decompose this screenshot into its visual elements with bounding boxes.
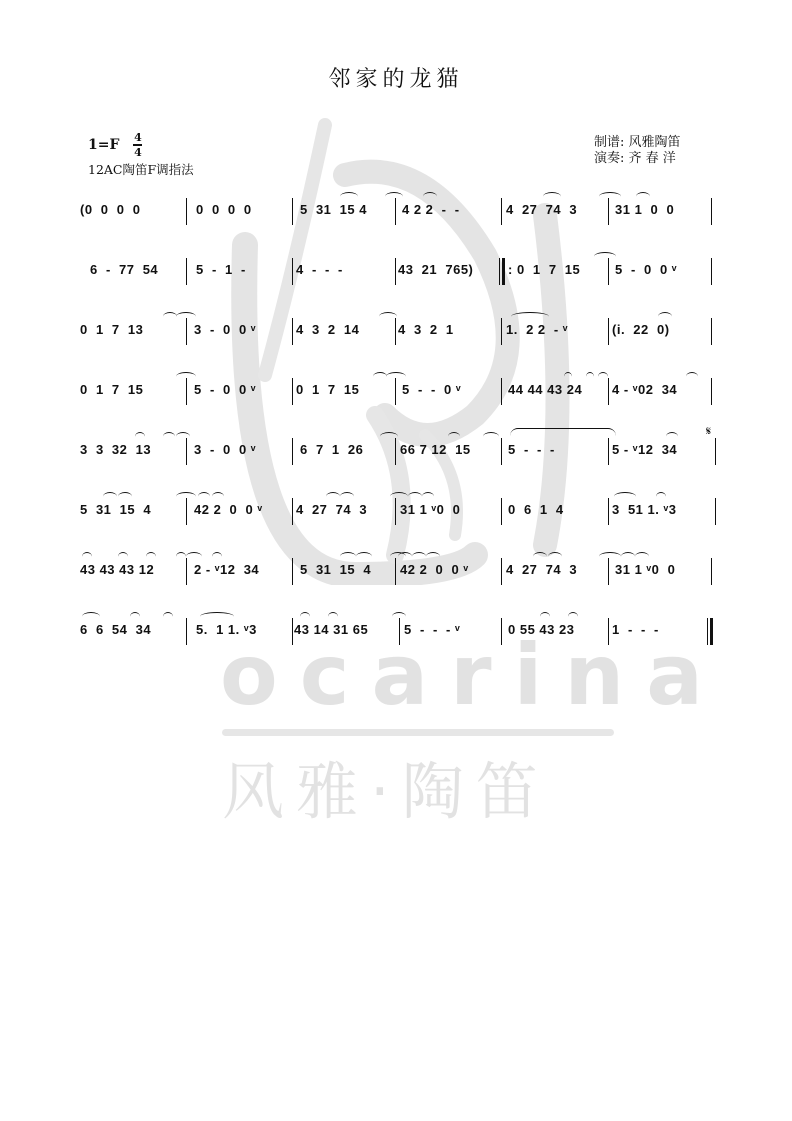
- measure: 5 - 0 0 ᵛ: [194, 382, 256, 397]
- measure: 4 - ᵛ02 34: [612, 382, 677, 397]
- measure: 4 - - -: [296, 262, 343, 277]
- score-line-7: 43 43 43 12 2 - ᵛ12 34 5 31 15 4 42 2 0 …: [78, 554, 728, 594]
- measure: 4 27 74 3: [506, 562, 577, 577]
- measure: 3 - 0 0 ᵛ: [194, 442, 256, 457]
- measure: 1 - - -: [612, 622, 659, 637]
- measure: 4 3 2 1: [398, 322, 454, 337]
- measure: 1. 2 2 - ᵛ: [506, 322, 568, 337]
- measure: 66 7 12 15: [400, 442, 471, 457]
- measure: 6 6 54 34: [80, 622, 151, 637]
- score-line-4: 0 1 7 15 5 - 0 0 ᵛ 0 1 7 15 5 - - 0 ᵛ 44…: [78, 374, 728, 414]
- measure: 5 - ᵛ12 34: [612, 442, 677, 457]
- measure: 0 0 0 0: [196, 202, 252, 217]
- measure: (i. 22 0): [612, 322, 670, 337]
- measure: (0 0 0 0: [80, 202, 140, 217]
- measure: 6 7 1 26: [300, 442, 363, 457]
- watermark-divider: [222, 729, 614, 736]
- measure: 4 27 74 3: [296, 502, 367, 517]
- watermark-chinese: 风雅·陶笛: [222, 752, 622, 832]
- measure: 5. 1 1. ᵛ3: [196, 622, 257, 637]
- performer: 齐 春 洋: [629, 151, 676, 166]
- measure: 3 51 1. ᵛ3: [612, 502, 676, 517]
- measure: 31 1 0 0: [615, 202, 674, 217]
- measure: 42 2 0 0 ᵛ: [194, 502, 263, 517]
- measure: : 0 1 7 15: [508, 262, 580, 277]
- measure: 5 31 15 4: [300, 562, 371, 577]
- measure: 4 2 2 - -: [402, 202, 460, 217]
- score-line-1: (0 0 0 0 0 0 0 0 5 31 15 4 4 2 2 - - 4 2…: [78, 194, 728, 234]
- measure: 5 - - - ᵛ: [404, 622, 460, 637]
- measure: 0 1 7 15: [296, 382, 359, 397]
- measure: 43 14 31 65: [294, 622, 368, 637]
- time-signature: 4 4: [133, 132, 142, 158]
- measure: 0 1 7 13: [80, 322, 143, 337]
- measure: 3 3 32 13: [80, 442, 151, 457]
- credits: 制谱: 风雅陶笛 演奏: 齐 春 洋: [594, 135, 681, 167]
- song-title: 邻家的龙猫: [0, 62, 792, 93]
- measure: 31 1 ᵛ0 0: [400, 502, 460, 517]
- measure: 42 2 0 0 ᵛ: [400, 562, 469, 577]
- score-line-3: 0 1 7 13 3 - 0 0 ᵛ 4 3 2 14 4 3 2 1 1. 2…: [78, 314, 728, 354]
- score-line-6: 5 31 15 4 42 2 0 0 ᵛ 4 27 74 3 31 1 ᵛ0 0…: [78, 494, 728, 534]
- score-line-5: 3 3 32 13 3 - 0 0 ᵛ 6 7 1 26 66 7 12 15 …: [78, 434, 728, 474]
- measure: 44 44 43 24: [508, 382, 582, 397]
- segno-icon: 𝄋: [706, 424, 711, 439]
- measure: 4 27 74 3: [506, 202, 577, 217]
- measure: 5 - 0 0 ᵛ: [615, 262, 677, 277]
- measure: 0 1 7 15: [80, 382, 143, 397]
- measure: 5 31 15 4: [80, 502, 151, 517]
- measure: 31 1 ᵛ0 0: [615, 562, 675, 577]
- measure: 6 - 77 54: [90, 262, 158, 277]
- measure: 0 55 43 23: [508, 622, 574, 637]
- measure: 43 21 765): [398, 262, 473, 277]
- measure: 5 - - 0 ᵛ: [402, 382, 461, 397]
- measure: 0 6 1 4: [508, 502, 564, 517]
- key-label: 1=F: [88, 137, 119, 153]
- final-barline: [707, 618, 713, 645]
- measure: 5 - 1 -: [196, 262, 246, 277]
- fingering-note: 12AC陶笛F调指法: [88, 160, 194, 178]
- score-line-2: 6 - 77 54 5 - 1 - 4 - - - 43 21 765) : 0…: [78, 254, 728, 294]
- arranger: 风雅陶笛: [629, 135, 681, 150]
- measure: 43 43 43 12: [80, 562, 154, 577]
- measure: 4 3 2 14: [296, 322, 359, 337]
- score-line-8: 6 6 54 34 5. 1 1. ᵛ3 43 14 31 65 5 - - -…: [78, 614, 728, 654]
- measure: 5 - - -: [508, 442, 555, 457]
- key-signature: 1=F 4 4: [88, 132, 142, 158]
- measure: 5 31 15 4: [300, 202, 367, 217]
- measure: 2 - ᵛ12 34: [194, 562, 259, 577]
- measure: 3 - 0 0 ᵛ: [194, 322, 256, 337]
